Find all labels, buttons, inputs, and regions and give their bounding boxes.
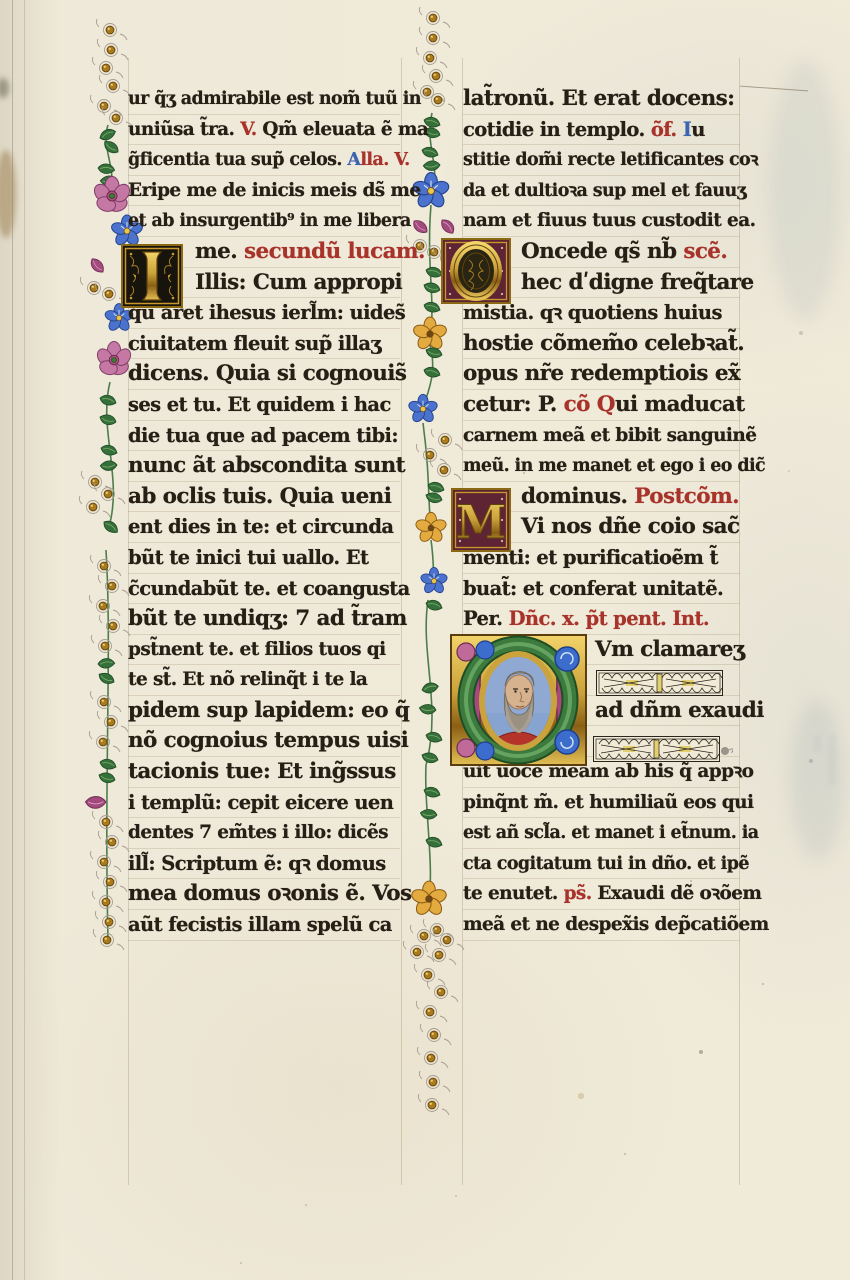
- text-segment: Vi nos dñe coio sac̃: [521, 514, 740, 539]
- text-segment: dominus.: [521, 484, 634, 509]
- text-segment: Postcõm.: [634, 484, 739, 509]
- text-segment: cõ: [564, 392, 597, 417]
- text-segment: hec dʹdigne freq̃tare: [521, 270, 754, 295]
- text-line: meũ. in me manet et ego i eo dic̃: [463, 451, 740, 482]
- text-line: da et dultioꝛa sup mel et fauuʒ: [463, 176, 740, 207]
- text-line: hostie cõmem̃o celebꝛat̃.: [463, 329, 740, 360]
- fly-specks: [0, 0, 2, 2]
- text-line: lat̃ronũ. Et erat docens:: [463, 84, 740, 115]
- text-line: ab oclis tuis. Quia ueni: [128, 482, 400, 513]
- text-segment: A: [347, 150, 360, 170]
- text-segment: te st̃. Et nõ relinq̃t i te la: [128, 669, 367, 690]
- text-segment: nam et fiuus tuus custodit ea.: [463, 210, 755, 231]
- text-segment: u: [691, 118, 705, 141]
- page-edge-line: [24, 0, 25, 1280]
- text-segment: nõ cognoius tempus uisi: [128, 728, 408, 753]
- text-line: buat̃: et conferat unitatẽ.: [463, 574, 740, 605]
- text-segment: I: [683, 118, 692, 141]
- yellow-flower: [414, 512, 447, 544]
- text-segment: secundũ lucam.: [244, 239, 425, 264]
- text-segment: te enutet.: [463, 883, 564, 904]
- text-segment: dicens. Quia si cognouis̃: [128, 361, 406, 386]
- text-segment: cotidie in templo.: [463, 118, 651, 141]
- text-segment: me.: [195, 239, 244, 264]
- text-line: ur q̃ʒ admirabile est nom̃ tuũ in: [128, 84, 400, 115]
- text-segment: c̃cundabũt te. et coangusta: [128, 577, 410, 600]
- text-line: Per. Dñc. x. p̃t pent. Int.: [463, 604, 740, 635]
- text-line: pidem sup lapidem: eo q̃: [128, 696, 400, 727]
- text-line: dicens. Quia si cognouis̃: [128, 359, 400, 390]
- text-segment: tacionis tue: Et ing̃ssus: [128, 759, 396, 784]
- stain: [0, 78, 9, 98]
- line-filler-bar: [596, 670, 723, 697]
- text-segment: da et dultioꝛa sup mel et fauuʒ: [463, 181, 746, 201]
- text-line: dentes 7 em̃tes i illo: dicẽs: [128, 818, 400, 849]
- text-segment: Qm̃ eleuata ẽ ma: [262, 119, 428, 140]
- show-through-text: ıuımnuı ııυ: [770, 735, 840, 805]
- text-line: ent dies in te: et circunda: [128, 512, 400, 543]
- text-segment: V.: [240, 119, 262, 140]
- text-line: ill̃: Scriptum ẽ: qꝛ domus: [128, 849, 400, 880]
- blue-flower: [420, 567, 449, 594]
- text-segment: Exaudi dẽ oꝛõem: [597, 883, 761, 904]
- text-segment: aũt fecistis illam spelũ ca: [128, 913, 392, 936]
- text-segment: opus nr̃e redemptiois ex̃: [463, 361, 740, 386]
- text-segment: Dñc. x. p̃t pent. Int.: [509, 607, 709, 630]
- text-line: meã et ne despex̃is dep̃catiõem: [463, 910, 740, 941]
- stain: [0, 150, 16, 238]
- text-line: stitie dom̃i recte letificantes coꝛ: [463, 145, 740, 176]
- text-line: c̃cundabũt te. et coangusta: [128, 574, 400, 605]
- text-line: uniũsa t̃ra. V. Qm̃ eleuata ẽ ma: [128, 115, 400, 146]
- text-segment: meã et ne despex̃is dep̃catiõem: [463, 914, 769, 935]
- text-segment: nunc ãt abscondita sunt: [128, 453, 405, 478]
- text-line: g̃ficentia tua sup̃ celos. Alla. V.: [128, 145, 400, 176]
- text-segment: ciuitatem fleuit sup̃ illaʒ: [128, 332, 381, 355]
- text-segment: õf.: [651, 118, 683, 141]
- text-segment: pst̃nent te. et filios tuos qi: [128, 639, 386, 660]
- text-line: cta cogitatum tui in dño. et ipẽ: [463, 849, 740, 880]
- text-line: nunc ãt abscondita sunt: [128, 451, 400, 482]
- text-segment: ab oclis tuis. Quia ueni: [128, 484, 391, 509]
- manuscript-page: ıuımnuı ııυ: [0, 0, 850, 1280]
- text-segment: mea domus oꝛonis ẽ. Vos: [128, 881, 411, 906]
- text-segment: die tua que ad pacem tibi:: [128, 424, 398, 447]
- text-line: mea domus oꝛonis ẽ. Vos: [128, 879, 400, 910]
- text-segment: buat̃: et conferat unitatẽ.: [463, 577, 723, 600]
- gospel-initial-I: [121, 244, 183, 308]
- text-segment: ent dies in te: et circunda: [128, 515, 393, 538]
- text-segment: carnem meã et bibit sanguinẽ: [463, 425, 756, 446]
- line-filler-bar: [593, 736, 733, 763]
- text-column-left: ur q̃ʒ admirabile est nom̃ tuũ inuniũsa …: [128, 84, 400, 941]
- rose-flower: [91, 177, 133, 214]
- text-line: et ab insurgentib⁹ in me libera: [128, 206, 400, 237]
- secret-initial-C: [441, 238, 511, 304]
- text-segment: ui maducat: [615, 392, 745, 417]
- text-segment: stitie dom̃i recte letificantes coꝛ: [463, 150, 758, 170]
- text-segment: ps̃.: [564, 883, 598, 904]
- text-line: opus nr̃e redemptiois ex̃: [463, 359, 740, 390]
- text-segment: mistia. qꝛ quotiens huius: [463, 301, 722, 324]
- text-segment: uniũsa t̃ra.: [128, 119, 240, 140]
- text-segment: Vm clamareʒ: [595, 637, 744, 662]
- yellow-flower: [410, 881, 448, 917]
- text-segment: Per.: [463, 607, 509, 630]
- text-segment: Q: [597, 392, 615, 417]
- text-segment: i templũ: cepit eicere uen: [128, 791, 393, 814]
- text-segment: bũt te inici tui uallo. Et: [128, 546, 368, 569]
- text-line: tacionis tue: Et ing̃ssus: [128, 757, 400, 788]
- text-segment: pinq̃nt m̃. et humiliaũ eos qui: [463, 792, 753, 813]
- text-segment: bũt te undiqʒ: 7 ad t̃ram: [128, 606, 407, 631]
- text-segment: scẽ.: [683, 239, 727, 264]
- text-line: pinq̃nt m̃. et humiliaũ eos qui: [463, 788, 740, 819]
- text-line: nam et fiuus tuus custodit ea.: [463, 206, 740, 237]
- text-line: carnem meã et bibit sanguinẽ: [463, 421, 740, 452]
- text-segment: pidem sup lapidem: eo q̃: [128, 698, 409, 723]
- text-line: aũt fecistis illam spelũ ca: [128, 910, 400, 941]
- text-line: i templũ: cepit eicere uen: [128, 788, 400, 819]
- text-line: cotidie in templo. õf. Iu: [463, 115, 740, 146]
- text-segment: hostie cõmem̃o celebꝛat̃.: [463, 331, 744, 356]
- text-segment: Oncede qs̃ nb̃: [521, 239, 683, 264]
- text-segment: cta cogitatum tui in dño. et ipẽ: [463, 854, 749, 874]
- text-line: nõ cognoius tempus uisi: [128, 726, 400, 757]
- text-line: cetur: P. cõ Qui maducat: [463, 390, 740, 421]
- introit-initial-portrait: [450, 634, 587, 766]
- text-segment: meũ. in me manet et ego i eo dic̃: [463, 456, 765, 476]
- text-segment: cetur: P.: [463, 392, 564, 417]
- text-segment: est añ scl̃a. et manet i et̃num. ia: [463, 823, 759, 843]
- text-segment: lla. V.: [360, 150, 409, 170]
- text-line: die tua que ad pacem tibi:: [128, 421, 400, 452]
- text-line: est añ scl̃a. et manet i et̃num. ia: [463, 818, 740, 849]
- text-line: ciuitatem fleuit sup̃ illaʒ: [128, 329, 400, 360]
- svg-text:M: M: [456, 495, 507, 549]
- text-segment: ad dñm exaudi: [595, 698, 764, 723]
- postcommunion-initial-M: M: [451, 488, 511, 552]
- text-segment: ur q̃ʒ admirabile est nom̃ tuũ in: [128, 89, 421, 109]
- text-segment: Illis: Cum appropi: [195, 270, 402, 295]
- text-line: ses et tu. Et quidem i hac: [128, 390, 400, 421]
- text-line: te st̃. Et nõ relinq̃t i te la: [128, 665, 400, 696]
- text-segment: Eripe me de inicis meis ds̃ me: [128, 180, 421, 201]
- text-segment: ses et tu. Et quidem i hac: [128, 393, 391, 416]
- text-segment: g̃ficentia tua sup̃ celos.: [128, 150, 347, 170]
- text-segment: dentes 7 em̃tes i illo: dicẽs: [128, 822, 388, 843]
- text-segment: ill̃: Scriptum ẽ: qꝛ domus: [128, 852, 386, 875]
- text-segment: lat̃ronũ. Et erat docens:: [463, 86, 735, 111]
- text-line: bũt te inici tui uallo. Et: [128, 543, 400, 574]
- text-line: te enutet. ps̃. Exaudi dẽ oꝛõem: [463, 879, 740, 910]
- text-line: bũt te undiqʒ: 7 ad t̃ram: [128, 604, 400, 635]
- show-through-mottle: [770, 60, 840, 320]
- text-line: Eripe me de inicis meis ds̃ me: [128, 176, 400, 207]
- text-line: pst̃nent te. et filios tuos qi: [128, 635, 400, 666]
- blue-flower: [407, 394, 438, 424]
- text-segment: et ab insurgentib⁹ in me libera: [128, 211, 411, 231]
